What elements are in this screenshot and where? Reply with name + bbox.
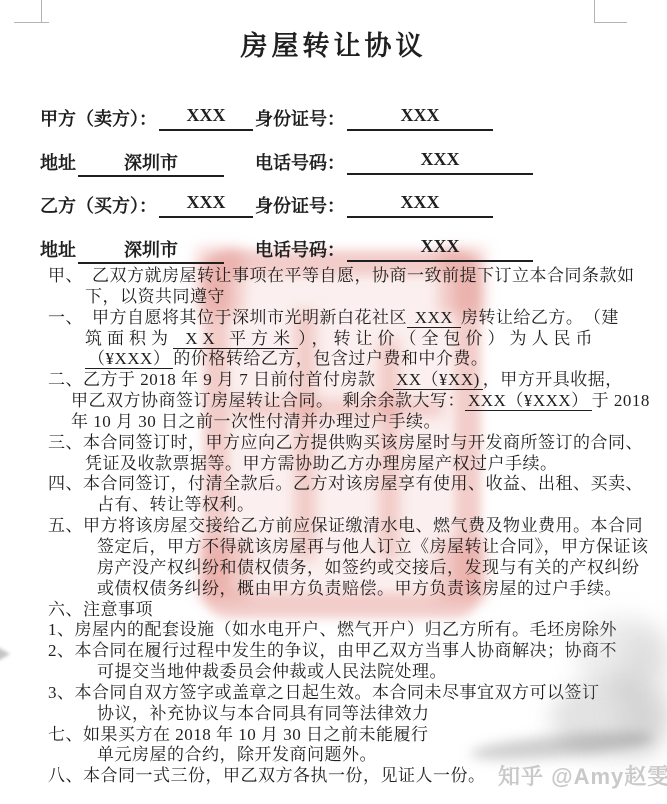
parties-header: 甲方（卖方）：XXX身份证号：XXX地址深圳市电话号码：XXX乙方（买方）：XX…	[40, 100, 647, 274]
line-text: 甲、 乙双方就房屋转让事项在平等自愿，协商一致前提下订立本合同条款如	[48, 266, 635, 285]
field-label: 地址	[40, 236, 76, 264]
line-text: 2、本合同在履行过程中发生的争议，由甲乙双方当事人协商解决；协商不	[48, 641, 617, 660]
header-field: 电话号码：XXX	[255, 149, 533, 175]
document-page: 房屋转让协议 甲方（卖方）：XXX身份证号：XXX地址深圳市电话号码：XXX乙方…	[0, 0, 667, 804]
contract-line: 占有、转让等权利。	[0, 495, 667, 516]
line-text: 3、本合同自双方签字或盖章之日起生效。本合同未尽事宜双方可以签订	[48, 683, 600, 702]
line-text: 筑面积为	[85, 329, 173, 348]
blank-filled-value: （¥XXX）	[85, 349, 173, 369]
field-value-underlined: XXX	[159, 192, 253, 218]
line-text: 一、 甲方自愿将其位于深圳市光明新白花社区	[48, 308, 407, 327]
contract-line: 甲、 乙双方就房屋转让事项在平等自愿，协商一致前提下订立本合同条款如	[0, 266, 667, 287]
contract-line: 一、 甲方自愿将其位于深圳市光明新白花社区 XXX 房转让给乙方。 （建	[0, 308, 667, 329]
contract-line: 1、房屋内的配套设施（如水电开户、燃气开户）归乙方所有。毛坯房除外	[0, 620, 667, 641]
crop-mark-top-left	[41, 0, 42, 22]
contract-line: 三、本合同签订时，甲方应向乙方提供购买该房屋时与开发商所签订的合同、	[0, 433, 667, 454]
line-text: 可提交当地仲裁委员会仲裁或人民法院处理。	[97, 662, 447, 681]
edge-artifact	[0, 646, 10, 662]
header-field: 身份证号：XXX	[255, 192, 493, 218]
header-field: 地址深圳市	[40, 149, 255, 177]
line-text: 于 2018	[592, 391, 650, 410]
crop-mark-top-right	[594, 22, 627, 23]
contract-line: （¥XXX）的价格转给乙方，包含过户费和中介费。	[0, 349, 667, 370]
field-value-underlined: XXX	[347, 105, 493, 131]
field-label: 身份证号：	[255, 192, 345, 218]
line-text: 甲乙双方协商签订房屋转让合同。 剩余余款大写：	[71, 391, 465, 410]
contract-line: 二、乙方于 2018 年 9 月 7 日前付首付房款 XX（¥XX)，甲方开具收…	[0, 370, 667, 391]
header-field: 身份证号：XXX	[255, 105, 493, 131]
line-text: 1、房屋内的配套设施（如水电开户、燃气开户）归乙方所有。毛坯房除外	[48, 620, 617, 639]
line-text: 二、乙方于 2018 年 9 月 7 日前付首付房款	[48, 370, 393, 389]
field-label: 乙方（买方）：	[40, 192, 157, 218]
line-text: 六、注意事项	[48, 600, 153, 619]
field-value-underlined: XXX	[347, 236, 533, 262]
field-label: 电话号码：	[255, 149, 345, 175]
blank-filled-value: XX（¥XX)	[393, 370, 483, 390]
header-row: 甲方（卖方）：XXX身份证号：XXX	[40, 100, 647, 144]
line-text: ，甲方开具收据，	[483, 370, 623, 389]
field-value-underlined: XXX	[347, 192, 493, 218]
contract-line: 四、本合同签订，付清全款后。乙方对该房屋享有使用、收益、出租、买卖、	[0, 474, 667, 495]
contract-body: 甲、 乙双方就房屋转让事项在平等自愿，协商一致前提下订立本合同条款如下，以资共同…	[0, 266, 667, 787]
page-title: 房屋转让协议	[0, 24, 667, 63]
header-field: 甲方（卖方）：XXX	[40, 105, 255, 131]
field-value-underlined: XXX	[159, 105, 253, 131]
header-row: 地址深圳市电话号码：XXX	[40, 144, 647, 188]
contract-line: 甲乙双方协商签订房屋转让合同。 剩余余款大写：XXX（¥XXX）于 2018	[0, 391, 667, 412]
contract-line: 五、甲方将该房屋交接给乙方前应保证缴清水电、燃气费及物业费用。本合同	[0, 516, 667, 537]
line-text: 房产没产权纠纷和债权债务，如签约或交接后，发现与有关的产权纠纷	[97, 558, 640, 577]
line-text: 五、甲方将该房屋交接给乙方前应保证缴清水电、燃气费及物业费用。本合同	[48, 516, 643, 535]
contract-line: 或债权债务纠纷，概由甲方负责赔偿。甲方负责该房屋的过户手续。	[0, 579, 667, 600]
header-field: 地址深圳市	[40, 236, 255, 264]
contract-line: 七、如果买方在 2018 年 10 月 30 日之前未能履行	[0, 725, 667, 746]
line-text: 四、本合同签订，付清全款后。乙方对该房屋享有使用、收益、出租、买卖、	[48, 474, 643, 493]
contract-line: 年 10 月 30 日之前一次性付清并办理过户手续。	[0, 412, 667, 433]
field-value-underlined: 深圳市	[78, 236, 224, 264]
contract-line: 六、注意事项	[0, 600, 667, 621]
line-text: 房转让给乙方。 （建	[461, 308, 619, 327]
field-label: 电话号码：	[255, 236, 345, 262]
contract-line: 下，以资共同遵守	[0, 287, 667, 308]
field-label: 身份证号：	[255, 105, 345, 131]
zhihu-watermark: 知乎 @Amy赵雯	[498, 760, 667, 791]
contract-line: 签定后，甲方不得就该房屋再与他人订立《房屋转让合同》，甲方保证该	[0, 537, 667, 558]
line-text: 的价格转给乙方，包含过户费和中介费。	[173, 349, 488, 368]
contract-line: 2、本合同在履行过程中发生的争议，由甲乙双方当事人协商解决；协商不	[0, 641, 667, 662]
line-text: 年 10 月 30 日之前一次性付清并办理过户手续。	[71, 412, 441, 431]
field-value-underlined: 深圳市	[78, 149, 224, 177]
line-text: 三、本合同签订时，甲方应向乙方提供购买该房屋时与开发商所签订的合同、	[48, 433, 643, 452]
crop-mark-top-right	[594, 0, 595, 22]
contract-line: 凭证及收款票据等。甲方需协助乙方办理房屋产权过户手续。	[0, 454, 667, 475]
line-text: 签定后，甲方不得就该房屋再与他人订立《房屋转让合同》，甲方保证该	[97, 537, 649, 556]
line-text: 八、本合同一式三份，甲乙双方各执一份，见证人一份。	[48, 766, 486, 785]
header-row: 乙方（买方）：XXX身份证号：XXX	[40, 187, 647, 231]
line-text: 下，以资共同遵守	[85, 287, 225, 306]
crop-mark-top-left	[14, 22, 49, 23]
contract-line: 筑面积为 XX 平方米），转让价（全包价）为人民币	[0, 329, 667, 350]
line-text: 或债权债务纠纷，概由甲方负责赔偿。甲方负责该房屋的过户手续。	[97, 579, 622, 598]
line-text: 凭证及收款票据等。甲方需协助乙方办理房屋产权过户手续。	[85, 454, 558, 473]
header-field: 乙方（买方）：XXX	[40, 192, 255, 218]
contract-line: 可提交当地仲裁委员会仲裁或人民法院处理。	[0, 662, 667, 683]
line-text: 协议，补充协议与本合同具有同等法律效力	[97, 704, 430, 723]
contract-line: 协议，补充协议与本合同具有同等法律效力	[0, 704, 667, 725]
blank-filled-value: XX 平方米	[173, 329, 298, 349]
blank-filled-value: XXX	[407, 308, 461, 328]
line-text: ），转让价（全包价）为人民币	[298, 329, 598, 348]
header-field: 电话号码：XXX	[255, 236, 533, 262]
line-text: 七、如果买方在 2018 年 10 月 30 日之前未能履行	[48, 725, 429, 744]
line-text: 占有、转让等权利。	[97, 495, 255, 514]
field-value-underlined: XXX	[347, 149, 533, 175]
blank-filled-value: XXX（¥XXX）	[465, 391, 592, 411]
contract-line: 房产没产权纠纷和债权债务，如签约或交接后，发现与有关的产权纠纷	[0, 558, 667, 579]
field-label: 地址	[40, 149, 76, 177]
line-text: 单元房屋的合约，除开发商问题外。	[97, 745, 377, 764]
contract-line: 3、本合同自双方签字或盖章之日起生效。本合同未尽事宜双方可以签订	[0, 683, 667, 704]
field-label: 甲方（卖方）：	[40, 105, 157, 131]
